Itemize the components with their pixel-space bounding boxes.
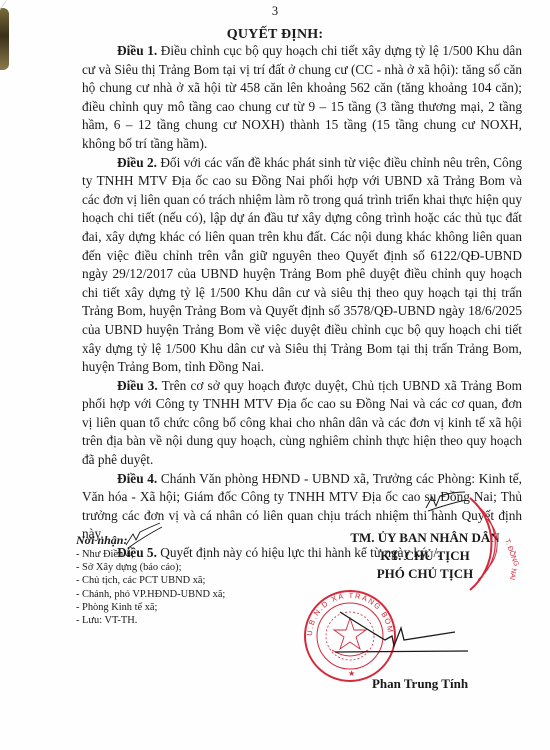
signature-block: TM. ỦY BAN NHÂN DÂN KT. CHỦ TỊCH PHÓ CHỦ… xyxy=(320,529,530,583)
recipient-item: - Phòng Kinh tế xã; xyxy=(76,601,286,614)
article-3: Điều 3. Trên cơ sở quy hoạch được duyệt,… xyxy=(82,377,522,470)
article-1: Điều 1. Điều chỉnh cục bộ quy hoạch chi … xyxy=(82,42,522,154)
decision-body: Điều 1. Điều chỉnh cục bộ quy hoạch chi … xyxy=(82,42,522,563)
recipient-item: - Chánh, phó VP.HĐND-UBND xã; xyxy=(76,588,286,601)
recipients-title: Nơi nhận: xyxy=(76,532,286,548)
article-3-label: Điều 3. xyxy=(117,378,158,393)
signature-line-1: TM. ỦY BAN NHÂN DÂN xyxy=(320,529,530,547)
signer-name: Phan Trung Tính xyxy=(340,676,500,692)
recipient-item: - Sở Xây dựng (báo cáo); xyxy=(76,561,286,574)
recipients-block: Nơi nhận: - Như Điều 4; - Sở Xây dựng (b… xyxy=(76,532,286,627)
signature-line-2: KT. CHỦ TỊCH xyxy=(320,547,530,565)
article-2-label: Điều 2. xyxy=(117,155,157,170)
article-1-label: Điều 1. xyxy=(117,43,157,58)
recipient-item: - Chủ tịch, các PCT UBND xã; xyxy=(76,574,286,587)
document-page: 3 QUYẾT ĐỊNH: Điều 1. Điều chỉnh cục bộ … xyxy=(0,0,550,750)
article-4-label: Điều 4. xyxy=(117,471,157,486)
signature-line-3: PHÓ CHỦ TỊCH xyxy=(320,565,530,583)
page-number: 3 xyxy=(0,4,550,19)
article-2-text: Đối với các vấn đề khác phát sinh từ việ… xyxy=(82,155,522,375)
decision-heading: QUYẾT ĐỊNH: xyxy=(0,27,550,43)
recipients-list: - Như Điều 4; - Sở Xây dựng (báo cáo); -… xyxy=(76,548,286,627)
recipient-item: - Lưu: VT-TH. xyxy=(76,614,286,627)
handwritten-signature-icon xyxy=(335,612,468,652)
article-1-text: Điều chỉnh cục bộ quy hoạch chi tiết xây… xyxy=(82,43,522,151)
recipient-item: - Như Điều 4; xyxy=(76,548,286,561)
article-2: Điều 2. Đối với các vấn đề khác phát sin… xyxy=(82,154,522,377)
